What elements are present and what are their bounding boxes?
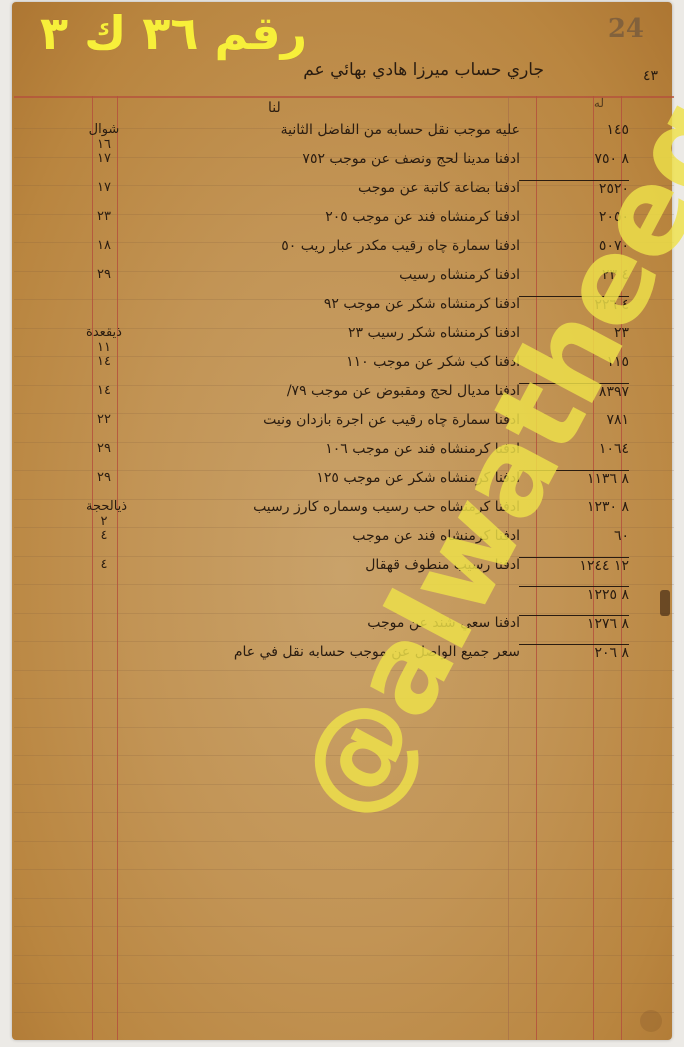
row-date: ١٤ [86, 354, 122, 369]
opening-mark: لنا [268, 100, 281, 116]
row-date: ٢٩ [86, 470, 122, 485]
account-title: جاري حساب ميرزا هادي بهائي عم [303, 60, 544, 80]
ledger-row: ذيالحجة ٢ادفنا كرمنشاه حب رسيب وسماره كا… [0, 499, 684, 521]
ledger-row: ٨ ١٢٢٥ [0, 586, 684, 608]
row-description: ادفنا كرمنشاه فند عن موجب ٢٠٥ [325, 209, 520, 225]
row-date: ذيقعدة ١١ [86, 325, 122, 355]
ruled-line [14, 584, 674, 585]
row-date: ١٨ [86, 238, 122, 253]
ledger-row: ادفنا سعي شند عن موجب٨ ١٢٧٦ [0, 615, 684, 637]
ruled-line [14, 613, 674, 614]
row-date: ١٧ [86, 180, 122, 195]
row-description: ادفنا كرمنشاه شكر عن موجب ٩٢ [324, 296, 520, 312]
ledger-row: شوال ١٦عليه موجب نقل حسابه من الفاضل الث… [0, 122, 684, 144]
column-header: له [594, 96, 604, 110]
row-amount: ٨ ١٢٧٦ [519, 615, 629, 632]
page-number: 24 [608, 14, 644, 44]
row-date: ٤ [86, 557, 122, 572]
row-date: ١٧ [86, 151, 122, 166]
ledger-row: ١٧ادفنا مدينا لحج ونصف عن موجب ٧٥٢٨ ٧٥٠ [0, 151, 684, 173]
row-date: ٢٩ [86, 441, 122, 456]
ruled-line [14, 926, 674, 927]
paper-stain [640, 1010, 662, 1032]
row-date: ٢٢ [86, 412, 122, 427]
row-description: ادفنا بضاعة كاتبة عن موجب [358, 180, 520, 196]
row-amount: ٨ ١٢٢٥ [519, 586, 629, 603]
row-date: ١٤ [86, 383, 122, 398]
row-date: ذيالحجة ٢ [86, 499, 122, 529]
ruled-line [14, 869, 674, 870]
ledger-row: ٤ادفنا رسيب منطوف قهقال١٢ ١٢٤٤ [0, 557, 684, 579]
ruled-line [14, 1012, 674, 1013]
row-date: ٢٣ [86, 209, 122, 224]
row-description: ادفنا كرمنشاه رسيب [399, 267, 520, 283]
row-description: ادفنا مدينا لحج ونصف عن موجب ٧٥٢ [302, 151, 520, 167]
row-date: ٢٩ [86, 267, 122, 282]
row-amount: ٨ ٢٠٦ [519, 644, 629, 661]
ledger-row: ٤ادفنا كرمنشاه فند عن موجب٦٠ [0, 528, 684, 550]
row-description: ادفنا كرمنشاه شكر رسيب ٢٣ [348, 325, 520, 341]
row-date: شوال ١٦ [86, 122, 122, 152]
row-description: عليه موجب نقل حسابه من الفاضل الثانية [281, 122, 520, 138]
header-rule [14, 96, 674, 98]
row-date: ٤ [86, 528, 122, 543]
ruled-line [14, 841, 674, 842]
row-description: ادفنا سمارة چاه رقيب مكدر عبار ريب ٥٠ [281, 238, 520, 254]
ruled-line [14, 955, 674, 956]
ruled-line [14, 898, 674, 899]
ruled-line [14, 983, 674, 984]
watermark-reference: رقم ٣٦ ك ٣ [40, 6, 307, 60]
